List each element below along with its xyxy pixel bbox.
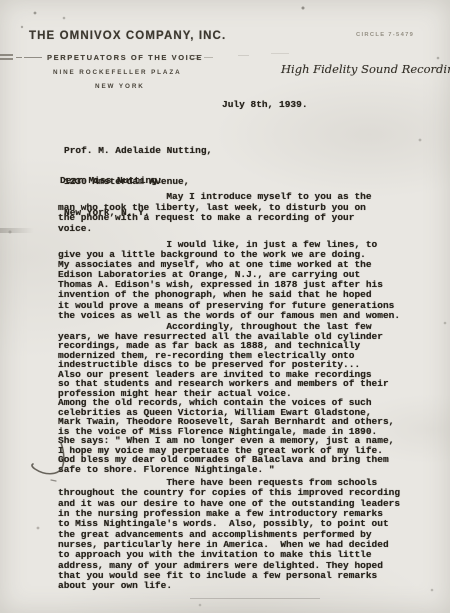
- salutation: Dear Miss Nutting:: [60, 175, 163, 186]
- tagline-rule-right: [204, 57, 213, 58]
- letter-page: THE OMNIVOX COMPANY, INC. PERPETUATORS O…: [0, 0, 450, 613]
- company-name: THE OMNIVOX COMPANY, INC.: [29, 30, 226, 42]
- body-paragraph-2: I would like, in just a few lines, to gi…: [58, 240, 400, 321]
- handwritten-checkmark: [24, 438, 76, 498]
- body-paragraph-1: May I introduce myself to you as the man…: [58, 192, 372, 234]
- phone-number: CIRCLE 7-5479: [356, 32, 414, 38]
- company-city: NEW YORK: [95, 83, 145, 90]
- scan-specks: [0, 0, 2, 2]
- company-street-address: NINE ROCKEFELLER PLAZA: [53, 69, 182, 76]
- scan-ghost-line: [190, 598, 320, 599]
- tagline-rule-left: [16, 57, 22, 58]
- date-line: July 8th, 1939.: [222, 99, 308, 110]
- body-paragraph-3: Accordingly, throughout the last few yea…: [58, 322, 394, 474]
- recipient-name: Prof. M. Adelaide Nutting,: [64, 146, 212, 156]
- tagline-rule-right: [189, 58, 199, 59]
- tagline-rule-right: [271, 53, 289, 54]
- scan-smudge: [0, 228, 34, 233]
- body-paragraph-4: There have been requests from schools th…: [58, 478, 400, 592]
- company-tagline: PERPETUATORS OF THE VOICE: [47, 53, 203, 62]
- tagline-rule-right: [189, 55, 202, 56]
- tagline-rule-left: [0, 58, 13, 60]
- tagline-rule-left: [0, 54, 13, 56]
- company-slogan: High Fidelity Sound Recording: [281, 62, 450, 76]
- tagline-rule-right: [238, 55, 249, 56]
- tagline-rule-left: [24, 57, 42, 58]
